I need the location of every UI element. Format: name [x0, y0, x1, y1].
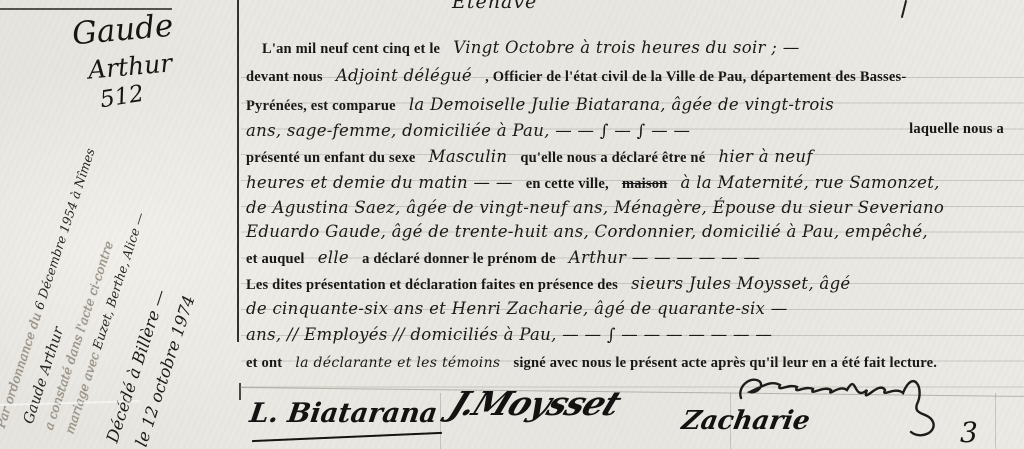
- handwritten-text: Arthur — — — — — —: [569, 248, 760, 267]
- act-line-7: de Agustina Saez, âgée de vingt-neuf ans…: [246, 198, 1012, 222]
- signature-underline-flourish: [252, 432, 442, 442]
- signature-cell-border: [440, 393, 441, 449]
- printed-text: laquelle nous a: [909, 121, 1004, 145]
- handwritten-text: elle: [318, 248, 349, 267]
- handwritten-text: sieurs Jules Moysset, âgé: [631, 274, 850, 293]
- printed-text: , Officier de l'état civil de la Ville d…: [485, 69, 906, 85]
- printed-text: présenté un enfant du sexe: [246, 150, 416, 166]
- stray-pen-stroke: [901, 0, 907, 18]
- act-line-3: Pyrénées, est comparue la Demoiselle Jul…: [246, 95, 1012, 119]
- margin-surname: Gaude: [71, 8, 175, 53]
- act-line-9: et auquel elle a déclaré donner le préno…: [246, 248, 1012, 272]
- signature-declarant: L. Biatarana: [248, 398, 440, 429]
- act-line-10: Les dites présentation et déclaration fa…: [246, 274, 1012, 298]
- handwritten-text: la déclarante et les témoins: [295, 355, 500, 371]
- act-line-4: ans, sage-femme, domiciliée à Pau, — — ∫…: [246, 121, 1012, 145]
- act-line-2: devant nous Adjoint délégué , Officier d…: [246, 66, 1012, 90]
- printed-text-struck: maison: [622, 176, 668, 192]
- handwritten-text: ans, // Employés // domiciliés à Pau, — …: [246, 325, 772, 344]
- handwritten-text: Eduardo Gaude, âgé de trente-huit ans, C…: [246, 222, 928, 241]
- handwritten-text: hier à neuf: [718, 147, 812, 166]
- printed-text: et auquel: [246, 251, 305, 267]
- act-line-11: de cinquante-six ans et Henri Zacharie, …: [246, 299, 1012, 323]
- act-line-5: présenté un enfant du sexe Masculin qu'e…: [246, 147, 1012, 171]
- printed-text: qu'elle nous a déclaré être né: [520, 150, 705, 166]
- act-line-12: ans, // Employés // domiciliés à Pau, — …: [246, 325, 1012, 349]
- margin-act-number: 512: [98, 81, 145, 114]
- printed-text: Pyrénées, est comparue: [246, 98, 396, 114]
- printed-text: devant nous: [246, 69, 323, 85]
- handwritten-text: Adjoint délégué: [336, 66, 472, 85]
- handwritten-text: à la Maternité, rue Samonzet,: [681, 173, 940, 192]
- printed-text: et ont: [246, 355, 282, 371]
- margin-vertical-rule: [237, 0, 239, 342]
- handwritten-text: la Demoiselle Julie Biatarana, âgée de v…: [409, 95, 834, 114]
- act-line-1: L'an mil neuf cent cinq et le Vingt Octo…: [246, 38, 1012, 62]
- civil-registry-scan: Gaude Arthur 512 Par ordonnance du 6 Déc…: [0, 0, 1024, 449]
- previous-record-fragment: Etenave: [452, 0, 537, 13]
- printed-text: a déclaré donner le prénom de: [362, 251, 556, 267]
- handwritten-text: Masculin: [429, 147, 508, 166]
- signature-witness-moysset: J.Moysset: [444, 384, 626, 423]
- act-line-6: heures et demie du matin — — en cette vi…: [246, 173, 1012, 197]
- officer-signature: [733, 360, 955, 446]
- handwritten-text: ans, sage-femme, domiciliée à Pau, — — ∫…: [246, 121, 690, 145]
- act-line-8: Eduardo Gaude, âgé de trente-huit ans, C…: [246, 222, 1012, 246]
- printed-text: L'an mil neuf cent cinq et le: [262, 41, 440, 57]
- handwritten-text: de cinquante-six ans et Henri Zacharie, …: [246, 299, 788, 318]
- handwritten-text: Vingt Octobre à trois heures du soir ; —: [453, 38, 799, 57]
- margin-forename: Arthur: [87, 48, 173, 84]
- officer-paraph-mark: 3: [960, 416, 978, 449]
- signature-cell-border: [995, 393, 996, 449]
- handwritten-text: heures et demie du matin — —: [246, 173, 513, 192]
- printed-text: Les dites présentation et déclaration fa…: [246, 277, 618, 293]
- handwritten-text: de Agustina Saez, âgée de vingt-neuf ans…: [246, 198, 944, 217]
- printed-text: en cette ville,: [526, 176, 609, 192]
